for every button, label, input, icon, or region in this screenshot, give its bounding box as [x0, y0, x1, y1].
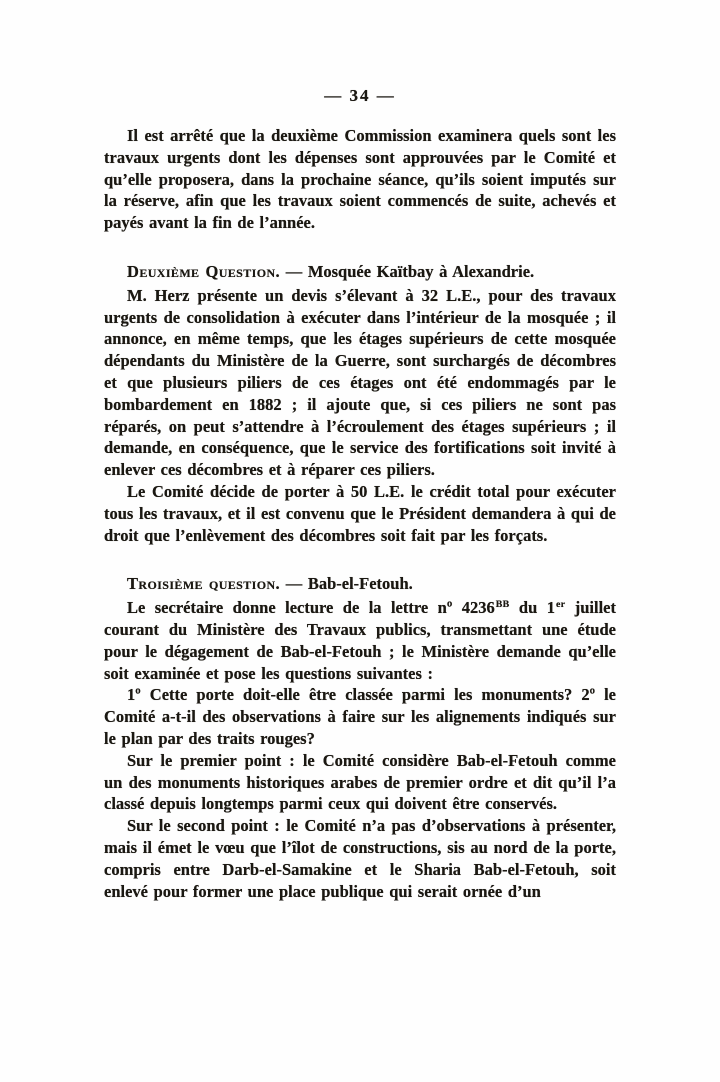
paragraph-lettre: Le secrétaire donne lecture de la lettre…: [104, 597, 616, 684]
lettre-text-segment: du 1: [509, 598, 554, 617]
paragraph-premier-point: Sur le premier point : le Comité considè…: [104, 750, 616, 815]
heading-label: Troisième question.: [127, 574, 280, 593]
text-block: Il est arrêté que la deuxième Commission…: [104, 125, 616, 902]
ordinal-superscript: er: [556, 599, 565, 610]
document-page: — 34 — Il est arrêté que la deuxième Com…: [0, 0, 720, 1082]
section-heading-troisieme-question: Troisième question. — Bab-el-Fetouh.: [104, 573, 616, 595]
heading-title: Mosquée Kaïtbay à Alexandrie.: [308, 262, 534, 281]
paragraph-questions-posees: 1º Cette porte doit-elle être classée pa…: [104, 684, 616, 749]
heading-dash: —: [280, 574, 308, 593]
page-header: — 34 —: [104, 86, 616, 106]
heading-dash: —: [280, 262, 308, 281]
lettre-number-superscript: BB: [496, 599, 510, 610]
paragraph-second-point: Sur le second point : le Comité n’a pas …: [104, 815, 616, 902]
paragraph-devis-mosquee: M. Herz présente un devis s’élevant à 32…: [104, 285, 616, 481]
intro-paragraph: Il est arrêté que la deuxième Commission…: [104, 125, 616, 234]
heading-label: Deuxième Question.: [127, 262, 280, 281]
section-heading-deuxieme-question: Deuxième Question. — Mosquée Kaïtbay à A…: [104, 261, 616, 283]
paragraph-credit-decision: Le Comité décide de porter à 50 L.E. le …: [104, 481, 616, 546]
lettre-text-segment: Le secrétaire donne lecture de la lettre…: [127, 598, 495, 617]
heading-title: Bab-el-Fetouh.: [308, 574, 413, 593]
page-number: — 34 —: [104, 86, 616, 106]
